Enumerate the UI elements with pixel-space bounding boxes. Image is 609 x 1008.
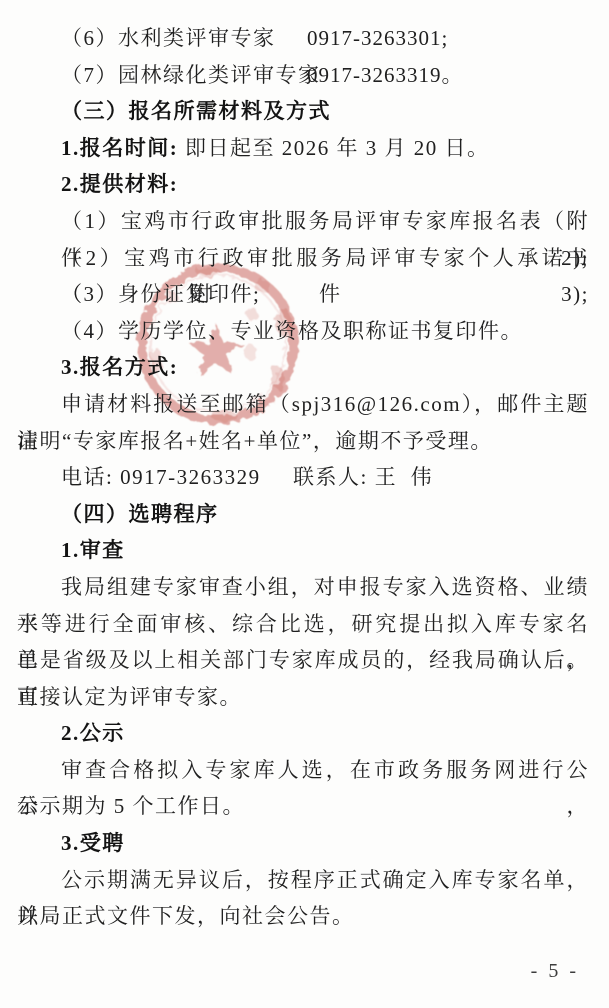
paragraph-review-line-3: 已是省级及以上相关部门专家库成员的，经我局确认后，可 [17, 642, 589, 679]
expert-contact-line-water: （6）水利类评审专家 0917-3263301; [61, 20, 589, 57]
phone-number: 0917-3263301; [307, 20, 448, 57]
subheading-employment: 3.受聘 [61, 825, 589, 862]
material-item-1: （1）宝鸡市行政审批服务局评审专家库报名表（附件 2); [61, 203, 589, 240]
document-text: （6）水利类评审专家 0917-3263301; （7）园林绿化类评审专家 09… [17, 20, 589, 935]
material-item-2: （2）宝鸡市行政审批服务局评审专家个人承诺书（附件 3); [61, 240, 589, 277]
phone-number: 0917-3263319。 [307, 57, 464, 94]
contact-person: 联系人: 王 伟 [293, 459, 433, 496]
paragraph-employment-line-2: 以局正式文件下发，向社会公告。 [17, 898, 589, 935]
signup-time-value: 即日起至 2026 年 3 月 20 日。 [178, 136, 489, 160]
section-heading-selection: （四）选聘程序 [61, 496, 589, 533]
phone-label: 电话: 0917-3263329 [61, 465, 261, 489]
line-signup-time: 1.报名时间: 即日起至 2026 年 3 月 20 日。 [61, 130, 589, 167]
paragraph-email-line-2: 注明“专家库报名+姓名+单位”，逾期不予受理。 [17, 423, 589, 460]
paragraph-publicity-line-2: 公示期为 5 个工作日。 [17, 788, 589, 825]
expert-contact-line-landscape: （7）园林绿化类评审专家 0917-3263319。 [61, 57, 589, 94]
paragraph-review-line-4: 直接认定为评审专家。 [17, 679, 589, 716]
subheading-review: 1.审查 [61, 532, 589, 569]
page-number: - 5 - [531, 960, 579, 983]
paragraph-review-line-1: 我局组建专家审查小组，对申报专家入选资格、业绩水 [17, 569, 589, 606]
line-phone-contact: 电话: 0917-3263329 联系人: 王 伟 [61, 459, 589, 496]
subheading-publicity: 2.公示 [61, 715, 589, 752]
subheading-signup-method: 3.报名方式: [61, 349, 589, 386]
subheading-provide-materials: 2.提供材料: [61, 166, 589, 203]
material-item-3: （3）身份证复印件; [61, 276, 589, 313]
subheading-signup-time: 1.报名时间: [61, 136, 178, 160]
paragraph-employment-line-1: 公示期满无异议后，按程序正式确定入库专家名单，并 [17, 862, 589, 899]
paragraph-email-line-1: 申请材料报送至邮箱（spj316@126.com），邮件主题请 [17, 386, 589, 423]
expert-category-label: （7）园林绿化类评审专家 [61, 63, 321, 87]
material-item-4: （4）学历学位、专业资格及职称证书复印件。 [61, 313, 589, 350]
section-heading-materials: （三）报名所需材料及方式 [61, 93, 589, 130]
document-page: （6）水利类评审专家 0917-3263301; （7）园林绿化类评审专家 09… [0, 0, 609, 1008]
paragraph-publicity-line-1: 审查合格拟入专家库人选，在市政务服务网进行公示， [17, 752, 589, 789]
expert-category-label: （6）水利类评审专家 [61, 26, 276, 50]
paragraph-review-line-2: 平等进行全面审核、综合比选，研究提出拟入库专家名单。 [17, 606, 589, 643]
